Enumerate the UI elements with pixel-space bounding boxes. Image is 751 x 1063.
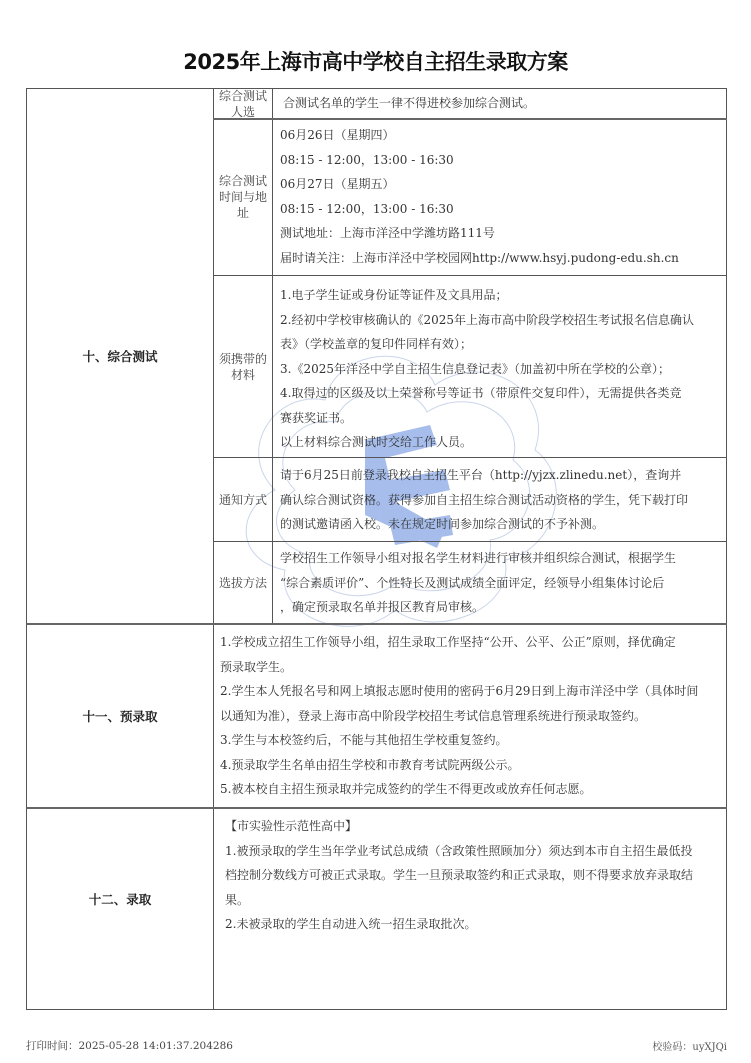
content-line: 学校招生工作领导小组对报名学生材料进行审核并组织综合测试，根据学生 [280, 546, 676, 571]
content-line: 请于6月25日前登录我校自主招生平台（http://yjzx.zlinedu.n… [280, 463, 688, 488]
content-line: 1.学校成立招生工作领导小组，招生录取工作坚持“公开、公平、公正”原则，择优确定 [220, 630, 698, 655]
section-heading-admission: 十二、录取 [27, 809, 213, 989]
content-line: 测试地址：上海市洋泾中学潍坊路111号 [280, 221, 679, 246]
content-line: 08:15 - 12:00，13:00 - 16:30 [280, 197, 679, 222]
row-label-time-address: 综合测试时间与地址 [214, 119, 272, 275]
row-divider [213, 118, 727, 120]
content-line: 06月27日（星期五） [280, 172, 679, 197]
content-line: 4.预录取学生名单由招生学校和市教育考试院两级公示。 [220, 753, 698, 778]
content-line: 预录取学生。 [220, 655, 698, 680]
section-heading-comprehensive-test: 十、综合测试 [27, 89, 213, 623]
label-line: 综合测试 [219, 173, 267, 189]
print-time: 打印时间：2025-05-28 14:01:37.204286 [26, 1038, 233, 1053]
content-line: ，确定预录取名单并报区教育局审核。 [280, 595, 676, 620]
label-line: 综合测试 [219, 88, 267, 104]
content-line: 3.《2025年洋泾中学自主招生信息登记表》（加盖初中所在学校的公章）； [280, 357, 694, 382]
content-line: 2.未被录取的学生自动进入统一招生录取批次。 [225, 912, 693, 937]
row-label-selection-method: 选拔方法 [214, 542, 272, 623]
row-label-notification: 通知方式 [214, 458, 272, 541]
content-line: “综合素质评价”、个性特长及测试成绩全面评定，经领导小组集体讨论后 [280, 571, 676, 596]
content-line: 以上材料综合测试时交给工作人员。 [280, 430, 694, 455]
content-line: 06月26日（星期四） [280, 123, 679, 148]
content-line: 赛获奖证书。 [280, 406, 694, 431]
row-content-selection-method: 学校招生工作领导小组对报名学生材料进行审核并组织综合测试，根据学生 “综合素质评… [280, 546, 676, 620]
content-line: 2.经初中学校审核确认的《2025年上海市高中阶段学校招生考试报名信息确认 [280, 308, 694, 333]
row-content-test-candidates: 合测试名单的学生一律不得进校参加综合测试。 [283, 91, 535, 116]
content-line: 确认综合测试资格。获得参加自主招生综合测试活动资格的学生，凭下载打印 [280, 488, 688, 513]
document-title: 2025年上海市高中学校自主招生录取方案 [0, 46, 751, 76]
row-content-time-address: 06月26日（星期四） 08:15 - 12:00，13:00 - 16:30 … [280, 123, 679, 270]
content-line: 的测试邀请函入校。未在规定时间参加综合测试的不予补测。 [280, 512, 688, 537]
content-line: 果。 [225, 888, 693, 913]
row-content-materials: 1.电子学生证或身份证等证件及文具用品； 2.经初中学校审核确认的《2025年上… [280, 283, 694, 455]
check-code: 校验码：uyXJQi [652, 1038, 727, 1053]
content-line: 届时请关注：上海市洋泾中学校园网http://www.hsyj.pudong-e… [280, 246, 679, 271]
content-line: 4.取得过的区级及以上荣誉称号等证书（带原件交复印件），无需提供各类竞 [280, 381, 694, 406]
label-line: 时间与地 [219, 189, 267, 205]
section-content-admission: 【市实验性示范性高中】 1.被预录取的学生当年学业考试总成绩（含政策性照顾加分）… [225, 814, 693, 937]
row-divider [213, 275, 727, 276]
label-line: 材料 [219, 367, 267, 383]
label-line: 选拔方法 [219, 575, 267, 591]
content-line: 08:15 - 12:00，13:00 - 16:30 [280, 148, 679, 173]
section-content-pre-admission: 1.学校成立招生工作领导小组，招生录取工作坚持“公开、公平、公正”原则，择优确定… [220, 630, 698, 802]
label-line: 通知方式 [219, 492, 267, 508]
admission-table: 十、综合测试 综合测试人选 合测试名单的学生一律不得进校参加综合测试。 综合测试… [26, 88, 727, 1010]
row-label-test-candidates: 综合测试人选 [214, 89, 272, 118]
content-line: 5.被本校自主招生预录取并完成签约的学生不得更改或放弃任何志愿。 [220, 777, 698, 802]
content-line: 1.被预录取的学生当年学业考试总成绩（含政策性照顾加分）须达到本市自主招生最低投 [225, 839, 693, 864]
row-divider [213, 457, 727, 458]
content-line: 表》（学校盖章的复印件同样有效）； [280, 332, 694, 357]
column-divider [272, 89, 273, 623]
content-line: 【市实验性示范性高中】 [225, 814, 693, 839]
row-divider [213, 541, 727, 542]
column-divider [213, 623, 214, 1009]
row-label-materials: 须携带的材料 [214, 276, 272, 457]
content-line: 合测试名单的学生一律不得进校参加综合测试。 [283, 91, 535, 116]
label-line: 人选 [219, 104, 267, 120]
content-line: 3.学生与本校签约后，不能与其他招生学校重复签约。 [220, 728, 698, 753]
content-line: 2.学生本人凭报名号和网上填报志愿时使用的密码于6月29日到上海市洋泾中学（具体… [220, 679, 698, 704]
section-heading-pre-admission: 十一、预录取 [27, 625, 213, 807]
content-line: 以通知为准），登录上海市高中阶段学校招生考试信息管理系统进行预录取签约。 [220, 704, 698, 729]
content-line: 档控制分数线方可被正式录取。学生一旦预录取签约和正式录取，则不得要求放弃录取结 [225, 863, 693, 888]
label-line: 须携带的 [219, 351, 267, 367]
label-line: 址 [219, 205, 267, 221]
row-content-notification: 请于6月25日前登录我校自主招生平台（http://yjzx.zlinedu.n… [280, 463, 688, 537]
content-line: 1.电子学生证或身份证等证件及文具用品； [280, 283, 694, 308]
